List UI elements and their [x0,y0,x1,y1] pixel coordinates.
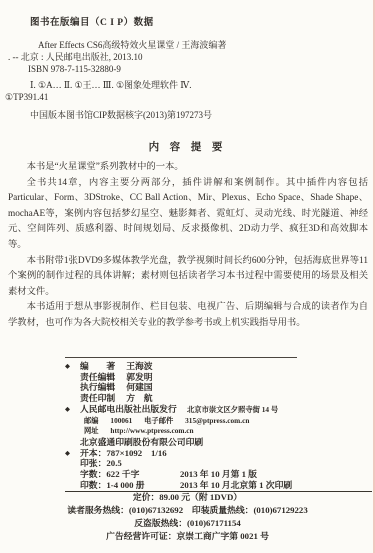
staff-row: 责任印制 方 航 [65,393,372,404]
printer-name: 北京盛通印刷股份有限公司印刷 [80,437,203,447]
website-row: 网址 http://www.ptpress.com.cn [65,426,372,437]
spec-right: 2013 年 10 月北京第 1 次印刷 [180,480,292,491]
book-copyright-page: 图书在版编目（C I P）数据 After Effects CS6高级特效火星课… [0,0,375,553]
publisher-row: ◆ 人民邮电出版社出版发行 北京市崇文区夕照寺街 14 号 [65,404,372,416]
email-label: 电子邮件 [144,416,173,425]
staff-name: 何建国 [126,382,152,392]
hotline-line-2: 反盗版热线：(010)67171154 [0,517,375,530]
cip-record-number: 中国版本图书馆CIP数据核字(2013)第197273号 [30,108,212,121]
spec-left: 印数：1-4 000 册 [80,480,145,490]
hotline-line-1: 读者服务热线：(010)67132692 印装质量热线：(010)6712922… [0,504,375,517]
staff-role: 责任编辑 [80,372,118,383]
cip-classification: Ⅰ. ①A… Ⅱ. ①王… Ⅲ. ①图象处理软件 Ⅳ. ①TP391.41 [5,80,192,103]
abstract-paragraph-1: 本书是“火星课堂”系列教材中的一本。 [8,160,368,176]
cip-class-line-1: Ⅰ. ①A… Ⅱ. ①王… Ⅲ. ①图象处理软件 Ⅳ. [30,80,192,92]
abstract-paragraph-2: 全书共14章，内容主要分两部分，插件讲解和案例制作。其中插件内容包括Partic… [8,176,368,254]
cip-entry-line-1: After Effects CS6高级特效火星课堂 / 王海波编著 [38,39,226,51]
staff-name: 郭发明 [126,372,152,382]
cip-class-line-2: ①TP391.41 [5,92,192,104]
spec-left: 印张：20.5 [80,458,122,468]
staff-role: 执行编辑 [80,382,118,393]
abstract-paragraph-4: 本书适用于想从事影视制作、栏目包装、电视广告、后期编辑与合成的读者作为自学教材，… [8,300,368,331]
abstract-body: 本书是“火星课堂”系列教材中的一本。 全书共14章，内容主要分两部分，插件讲解和… [8,160,368,332]
colophon-rule-top [65,357,297,358]
publisher-address: 北京市崇文区夕照寺街 14 号 [187,405,278,414]
staff-row: ◆ 编 著 王海波 [65,361,372,372]
spec-right: 2013 年 10 月第 1 版 [180,469,257,480]
spec-left: 开本：787×1092 1/16 [80,448,167,458]
spec-row: 印数：1-4 000 册 2013 年 10 月北京第 1 次印刷 [65,480,372,491]
cip-entry: After Effects CS6高级特效火星课堂 / 王海波编著 . -- 北… [8,39,226,75]
postal-label: 邮编 [84,416,99,425]
spec-left: 字数：622 千字 [80,469,139,479]
staff-role: 责任印制 [80,393,118,404]
abstract-paragraph-3: 本书附带1张DVD9多媒体教学光盘，教学视频时间长约600分钟，包括海底世界等1… [8,254,368,301]
license-line: 广告经营许可证：京崇工商广字第 0021 号 [0,530,375,543]
staff-row: 责任编辑 郭发明 [65,372,372,383]
spec-row: 字数：622 千字 2013 年 10 月第 1 版 [65,469,372,480]
spec-row: ◆ 开本：787×1092 1/16 [65,448,372,459]
staff-row: 执行编辑 何建国 [65,382,372,393]
cip-entry-line-3: ISBN 978-7-115-32880-9 [28,63,226,75]
publisher-name: 人民邮电出版社出版发行 [80,404,177,414]
colophon: ◆ 编 著 王海波 责任编辑 郭发明 执行编辑 何建国 责任印制 方 航 ◆ 人… [65,357,372,492]
staff-name: 方 航 [126,393,152,403]
abstract-title: 内 容 提 要 [0,139,375,154]
printer-row: 北京盛通印刷股份有限公司印刷 [65,437,372,448]
cip-entry-line-2: . -- 北京 : 人民邮电出版社, 2013.10 [8,51,226,63]
postal-code: 100061 [110,416,132,425]
postal-row: 邮编 100061 电子邮件 315@ptpress.com.cn [65,416,372,427]
staff-name: 王海波 [126,361,152,371]
price-line: 定价：89.00 元（附 1DVD） [0,491,375,504]
cip-header: 图书在版编目（C I P）数据 [30,14,154,28]
staff-role: 编 著 [80,361,118,372]
email-address: 315@ptpress.com.cn [185,416,249,425]
spec-row: 印张：20.5 [65,458,372,469]
website-label: 网址 [84,426,99,435]
diamond-bullet-icon: ◆ [65,405,70,416]
website-url: http://www.ptpress.com.cn [110,426,193,435]
price-and-hotlines: 定价：89.00 元（附 1DVD） 读者服务热线：(010)67132692 … [0,491,375,543]
